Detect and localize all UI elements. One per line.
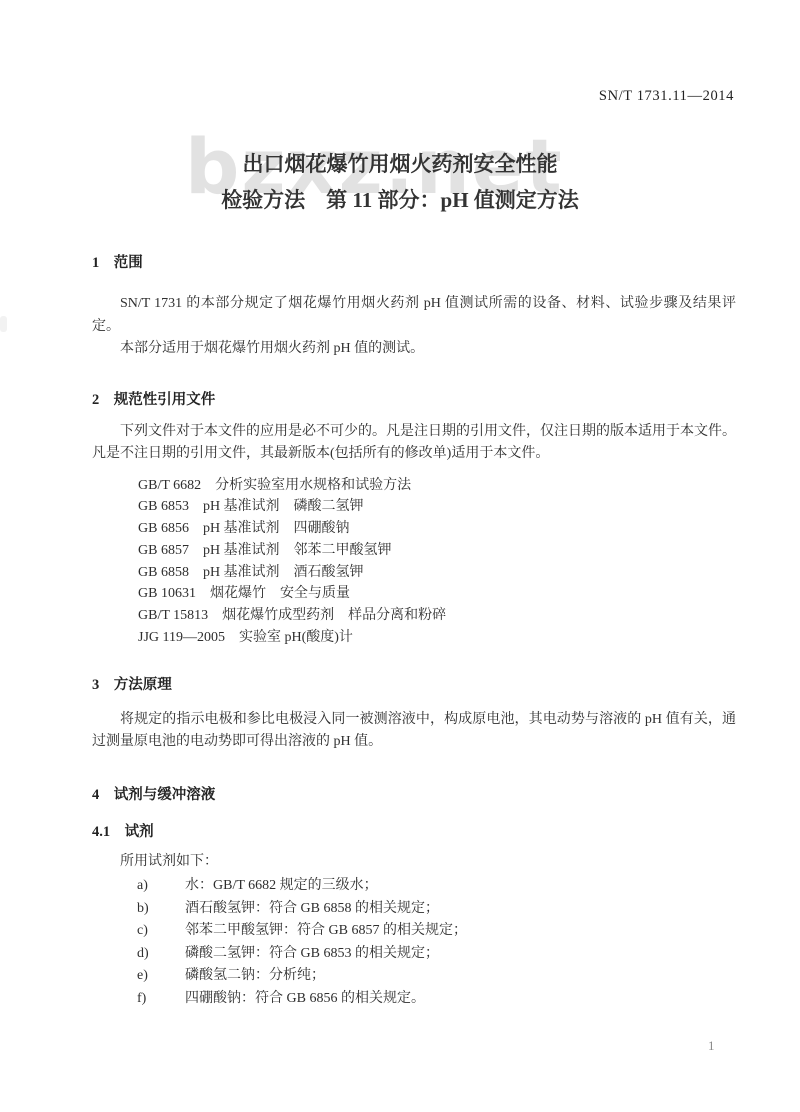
list-item: d) 磷酸二氢钾：符合 GB 6853 的相关规定； [92, 943, 736, 966]
list-item-label: f) [137, 988, 185, 1011]
reference-item: JJG 119—2005 实验室 pH(酸度)计 [138, 627, 736, 649]
reference-item: GB 6857 pH 基准试剂 邻苯二甲酸氢钾 [138, 540, 736, 562]
document-page: { "doc": { "standard_number": "SN/T 1731… [0, 0, 800, 1112]
scan-artifact [0, 316, 7, 332]
document-title-line2: 检验方法 第 11 部分：pH 值测定方法 [0, 182, 800, 218]
reference-item: GB 6853 pH 基准试剂 磷酸二氢钾 [138, 496, 736, 518]
document-title: 出口烟花爆竹用烟火药剂安全性能 检验方法 第 11 部分：pH 值测定方法 [0, 0, 800, 218]
list-item-text: 四硼酸钠：符合 GB 6856 的相关规定。 [185, 988, 425, 1011]
list-item-text: 邻苯二甲酸氢钾：符合 GB 6857 的相关规定； [185, 920, 467, 943]
list-item-label: b) [137, 898, 185, 921]
list-item: c) 邻苯二甲酸氢钾：符合 GB 6857 的相关规定； [92, 920, 736, 943]
standard-number: SN/T 1731.11—2014 [599, 88, 734, 105]
reference-list: GB/T 6682 分析实验室用水规格和试验方法 GB 6853 pH 基准试剂… [92, 475, 736, 649]
reference-item: GB/T 6682 分析实验室用水规格和试验方法 [138, 475, 736, 497]
list-item: a) 水：GB/T 6682 规定的三级水； [92, 875, 736, 898]
section-2-paragraph-1: 下列文件对于本文件的应用是必不可少的。凡是注日期的引用文件，仅注日期的版本适用于… [92, 421, 736, 466]
section-1-paragraph-1: SN/T 1731 的本部分规定了烟花爆竹用烟火药剂 pH 值测试所需的设备、材… [92, 293, 736, 338]
list-item: f) 四硼酸钠：符合 GB 6856 的相关规定。 [92, 988, 736, 1011]
reagent-list-intro: 所用试剂如下： [92, 851, 736, 874]
section-2-heading: 2 规范性引用文件 [92, 389, 736, 411]
list-item-label: e) [137, 965, 185, 988]
list-item-label: c) [137, 920, 185, 943]
reference-item: GB 10631 烟花爆竹 安全与质量 [138, 583, 736, 605]
document-title-line1: 出口烟花爆竹用烟火药剂安全性能 [0, 146, 800, 182]
list-item-label: d) [137, 943, 185, 966]
section-3-heading: 3 方法原理 [92, 674, 736, 696]
list-item: e) 磷酸氢二钠：分析纯； [92, 965, 736, 988]
page-number: 1 [708, 1038, 715, 1054]
section-1-heading: 1 范围 [92, 252, 736, 274]
reagent-list: a) 水：GB/T 6682 规定的三级水； b) 酒石酸氢钾：符合 GB 68… [92, 875, 736, 1010]
list-item-text: 磷酸二氢钾：符合 GB 6853 的相关规定； [185, 943, 439, 966]
section-4-1-heading: 4.1 试剂 [92, 821, 736, 843]
section-3-paragraph-1: 将规定的指示电极和参比电极浸入同一被测溶液中，构成原电池，其电动势与溶液的 pH… [92, 709, 736, 754]
document-body: 1 范围 SN/T 1731 的本部分规定了烟花爆竹用烟火药剂 pH 值测试所需… [92, 252, 736, 1010]
section-1-paragraph-2: 本部分适用于烟花爆竹用烟火药剂 pH 值的测试。 [92, 338, 736, 361]
list-item-label: a) [137, 875, 185, 898]
reference-item: GB 6858 pH 基准试剂 酒石酸氢钾 [138, 562, 736, 584]
list-item: b) 酒石酸氢钾：符合 GB 6858 的相关规定； [92, 898, 736, 921]
section-4-heading: 4 试剂与缓冲溶液 [92, 784, 736, 806]
list-item-text: 水：GB/T 6682 规定的三级水； [185, 875, 378, 898]
reference-item: GB/T 15813 烟花爆竹成型药剂 样品分离和粉碎 [138, 605, 736, 627]
reference-item: GB 6856 pH 基准试剂 四硼酸钠 [138, 518, 736, 540]
list-item-text: 磷酸氢二钠：分析纯； [185, 965, 325, 988]
list-item-text: 酒石酸氢钾：符合 GB 6858 的相关规定； [185, 898, 439, 921]
